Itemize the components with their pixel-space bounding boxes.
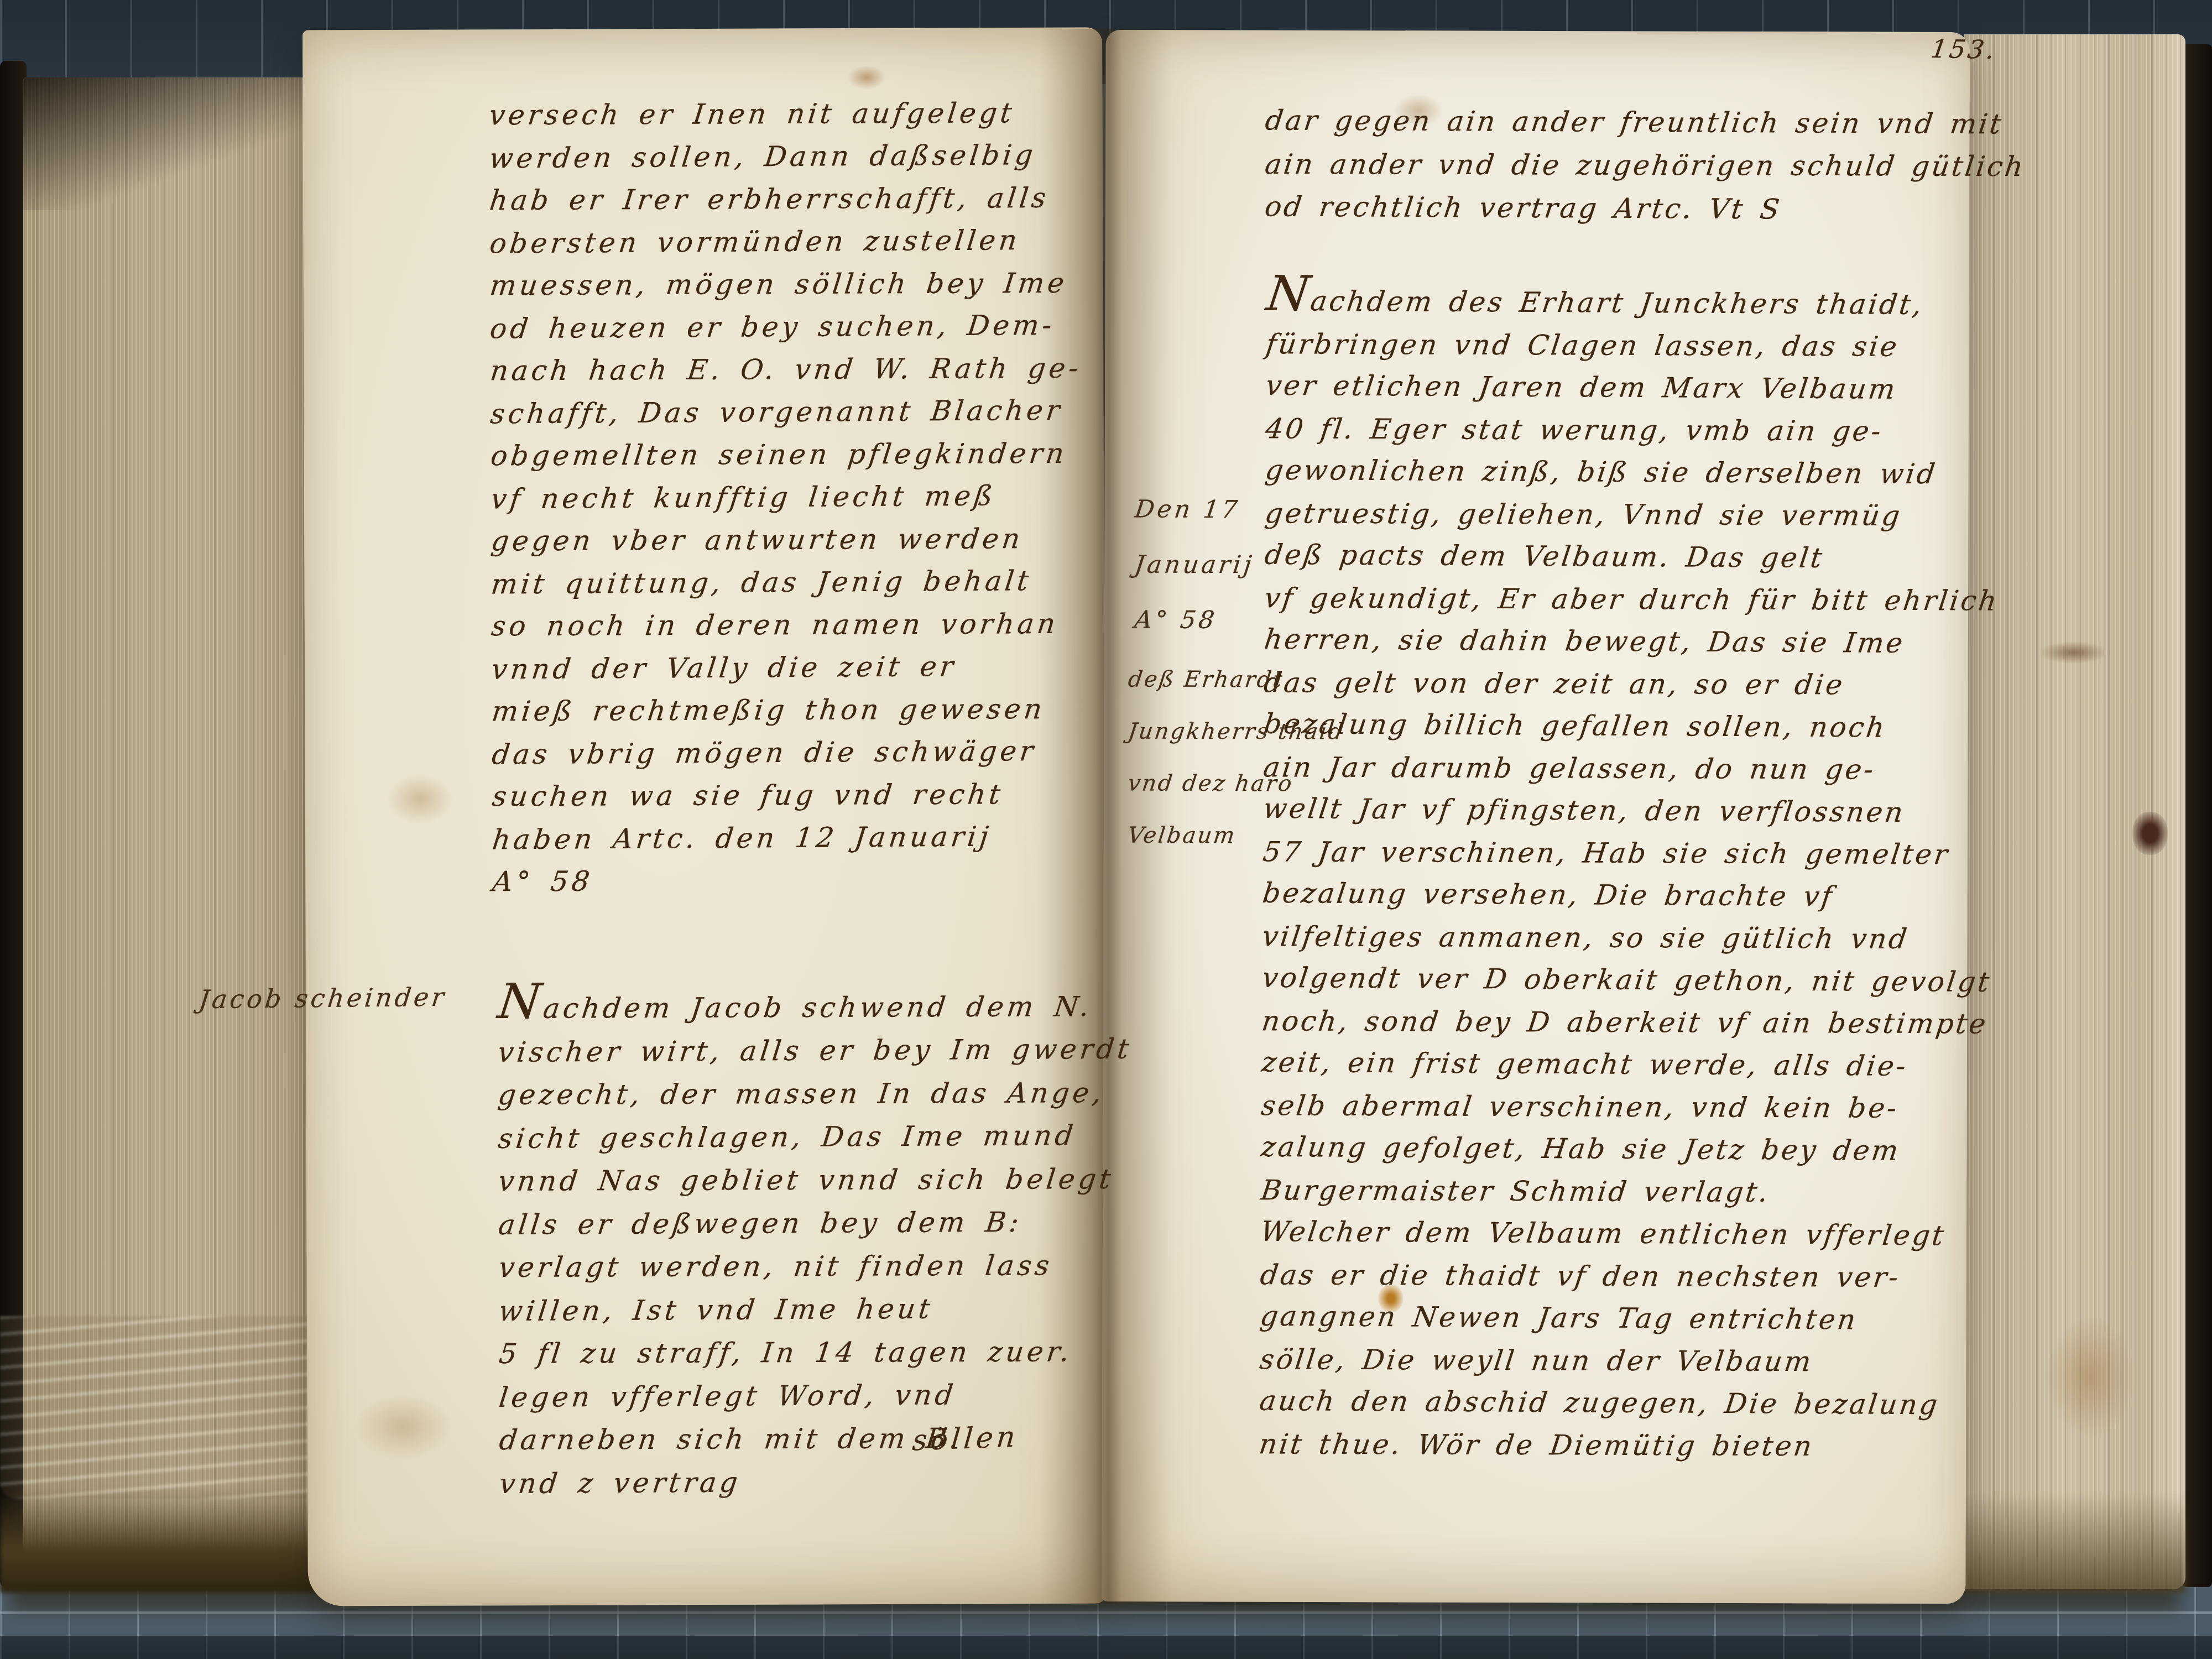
- manuscript-text-line: volgendt ver D oberkait gethon, nit gevo…: [1260, 957, 2017, 1004]
- manuscript-text-line: A° 58: [490, 858, 1092, 904]
- manuscript-text-line: versech er Inen nit aufgelegt: [487, 92, 1089, 137]
- manuscript-text-line: Welcher dem Velbaum entlichen vfferlegt: [1258, 1211, 2016, 1258]
- manuscript-text-line: sölle, Die weyll nun der Velbaum: [1258, 1338, 2015, 1384]
- manuscript-text-line: das gelt von der zeit an, so er die: [1261, 661, 2019, 707]
- manuscript-text-line: dar gegen ain ander freuntlich sein vnd …: [1262, 99, 2009, 146]
- fore-edge-bottom-shadow-right: [1964, 1493, 2185, 1593]
- manuscript-text-line: hab er Irer erbherrschafft, alls: [487, 177, 1089, 222]
- manuscript-text-line: verlagt werden, nit finden lass: [497, 1244, 1104, 1289]
- manuscript-text-line: bezalung versehen, Die brachte vf: [1260, 872, 2018, 919]
- manuscript-text-line: od rechtlich vertrag Artc. Vt S: [1262, 185, 2009, 232]
- manuscript-text-line: obgemellten seinen pflegkindern: [488, 432, 1091, 478]
- fore-edge-page-layers: [0, 1316, 332, 1499]
- manuscript-text-line: 40 fl. Eger stat werung, vmb ain ge-: [1263, 408, 2021, 453]
- background-mat-bottom-band: [0, 1636, 2212, 1659]
- manuscript-text-line: vnnd Nas gebliet vnnd sich belegt: [496, 1157, 1104, 1203]
- manuscript-text-line: zeit, ein frist gemacht werde, alls die-: [1259, 1041, 2017, 1088]
- manuscript-text-line: haben Artc. den 12 Januarij: [490, 815, 1092, 861]
- manuscript-text-line: suchen wa sie fug vnd recht: [490, 773, 1092, 818]
- margin-note-text: Jacob scheinder: [197, 982, 448, 1015]
- manuscript-text-line: selb abermal verschinen, vnd kein be-: [1259, 1084, 2016, 1130]
- manuscript-text-line: vilfeltiges anmanen, so sie gütlich vnd: [1260, 915, 2017, 961]
- fore-edge-bottom-shadow-left: [0, 1488, 354, 1593]
- left-page-entry-1: versech er Inen nit aufgelegtwerden soll…: [489, 92, 1090, 904]
- manuscript-text-line: Nachdem Jacob schwend dem N.: [495, 979, 1104, 1030]
- manuscript-text-line: deß pacts dem Velbaum. Das gelt: [1262, 534, 2020, 581]
- manuscript-text-line: schafft, Das vorgenannt Blacher: [488, 389, 1091, 435]
- manuscript-text-line: sicht geschlagen, Das Ime mund: [496, 1114, 1104, 1160]
- manuscript-text-line: fürbringen vnd Clagen lassen, das sie: [1264, 323, 2021, 368]
- mat-grid-line: [0, 1611, 2212, 1614]
- manuscript-text-line: das er die thaidt vf den nechsten ver-: [1258, 1254, 2016, 1299]
- fore-edge-shadow-wedge: [23, 77, 314, 210]
- manuscript-text-line: willen, Ist vnd Ime heut: [497, 1286, 1104, 1333]
- manuscript-text-line: vf gekundigt, Er aber durch für bitt ehr…: [1262, 577, 2020, 622]
- manuscript-text-line: alls er deßwegen bey dem B:: [496, 1200, 1104, 1246]
- manuscript-text-line: gewonlichen zinß, biß sie derselben wid: [1262, 449, 2020, 496]
- manuscript-text-line: vnnd der Vally die zeit er: [489, 644, 1092, 691]
- manuscript-text-line: nach hach E. O. vnd W. Rath ge-: [488, 347, 1090, 393]
- manuscript-text-line: Burgermaister Schmid verlagt.: [1258, 1169, 2016, 1214]
- book-cover-right-edge: [2182, 44, 2212, 1587]
- manuscript-text-line: bezalung billich gefallen sollen, noch: [1261, 703, 2019, 750]
- manuscript-text-line: muessen, mögen söllich bey Ime: [488, 262, 1090, 307]
- manuscript-text-line: noch, sond bey D aberkeit vf ain bestimp…: [1259, 1000, 2017, 1045]
- manuscript-text-line: zalung gefolget, Hab sie Jetz bey dem: [1259, 1126, 2016, 1173]
- flourish-word: söllen: [911, 1421, 1020, 1458]
- manuscript-text-line: obersten vormünden zustellen: [487, 218, 1089, 265]
- manuscript-text-line: gangnen Newen Jars Tag entrichten: [1258, 1295, 2015, 1342]
- manuscript-text-line: gegen vber antwurten werden: [489, 518, 1091, 563]
- manuscript-text-line: ver etlichen Jaren dem Marx Velbaum: [1263, 364, 2021, 411]
- manuscript-text-line: ain Jar darumb gelassen, do nun ge-: [1261, 746, 2018, 791]
- manuscript-text-line: auch den abschid zugegen, Die bezalung: [1257, 1380, 2015, 1427]
- left-margin-note-jacob-schneider: Jacob scheinder: [199, 982, 447, 1015]
- right-page-entry: Nachdem des Erhart Junckhers thaidt,fürb…: [1259, 273, 2018, 1469]
- manuscript-text-line: nit thue. Wör de Diemütig bieten: [1257, 1423, 2015, 1468]
- left-page-entry-2-flourish: söllen: [912, 1421, 1019, 1458]
- right-page-previous-entry-end: dar gegen ain ander freuntlich sein vnd …: [1265, 98, 2006, 232]
- manuscript-text-line: getruestig, geliehen, Vnnd sie vermüg: [1262, 492, 2020, 538]
- manuscript-text-line: vischer wirt, alls er bey Im gwerdt: [495, 1027, 1103, 1074]
- page-number-text: 153.: [1929, 34, 1999, 65]
- manuscript-text-line: das vbrig mögen die schwäger: [489, 729, 1092, 776]
- page-number: 153.: [1931, 34, 1997, 65]
- manuscript-text-line: vnd z vertrag: [497, 1459, 1105, 1505]
- manuscript-text-line: Nachdem des Erhart Junckhers thaidt,: [1264, 273, 2022, 327]
- manuscript-text-line: 5 fl zu straff, In 14 tagen zuer.: [497, 1330, 1104, 1375]
- manuscript-text-line: herren, sie dahin bewegt, Das sie Ime: [1262, 618, 2020, 665]
- manuscript-text-line: vf necht kunfftig liecht meß: [488, 474, 1091, 520]
- manuscript-text-line: wellt Jar vf pfingsten, den verflossnen: [1261, 787, 2018, 834]
- manuscript-photo: versech er Inen nit aufgelegtwerden soll…: [0, 0, 2212, 1659]
- manuscript-text-line: gezecht, der massen In das Ange,: [495, 1071, 1103, 1117]
- manuscript-text-line: ain ander vnd die zugehörigen schuld güt…: [1262, 143, 2009, 188]
- manuscript-text-line: legen vfferlegt Word, vnd: [497, 1373, 1104, 1419]
- manuscript-text-line: 57 Jar verschinen, Hab sie sich gemelter: [1260, 831, 2018, 876]
- manuscript-text-line: mit quittung, das Jenig behalt: [489, 559, 1091, 606]
- manuscript-text-line: so noch in deren namen vorhan: [489, 603, 1091, 648]
- manuscript-text-line: mieß rechtmeßig thon gewesen: [489, 688, 1092, 733]
- manuscript-text-line: werden sollen, Dann daßselbig: [487, 133, 1089, 180]
- manuscript-text-line: od heuzen er bey suchen, Dem-: [488, 304, 1090, 350]
